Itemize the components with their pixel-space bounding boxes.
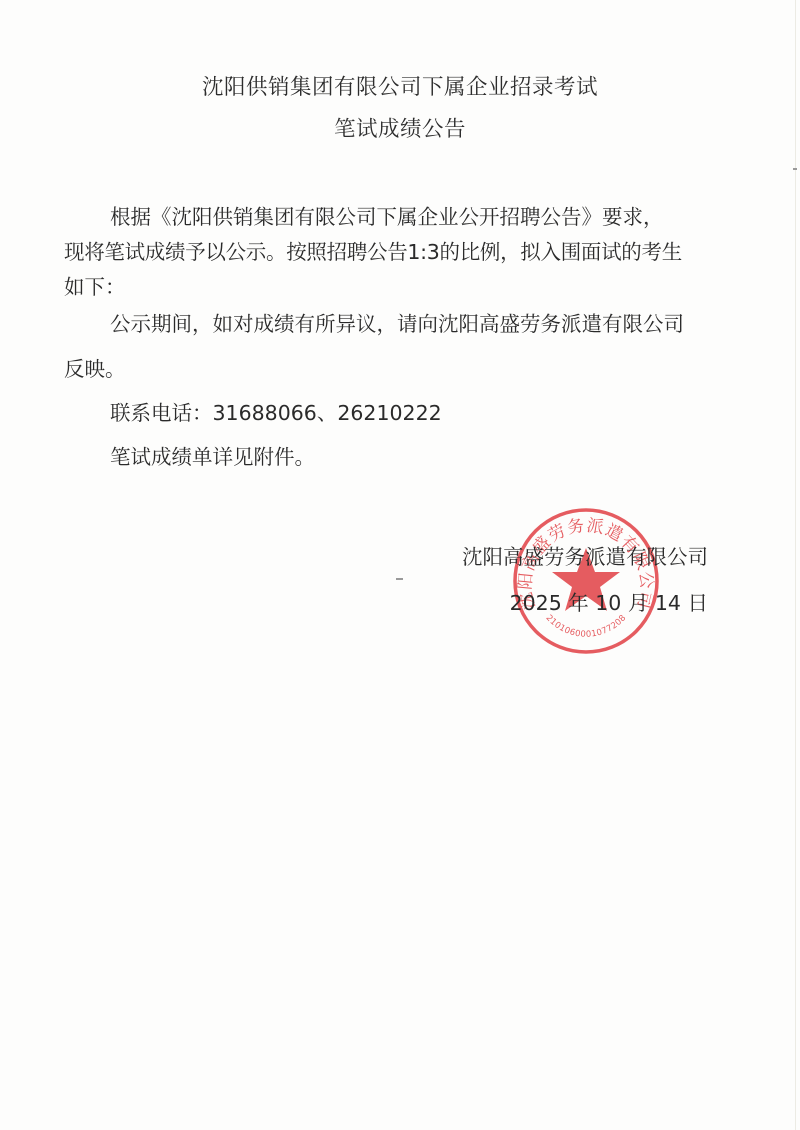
document-subtitle: 笔试成绩公告 [0, 112, 800, 143]
company-seal-icon: 沈阳高盛劳务派遣有限公司 2101060001077208 [511, 506, 661, 656]
paragraph-1-line-3: 如下： [64, 270, 126, 300]
paragraph-2-line-1: 公示期间，如对成绩有所异议，请向沈阳高盛劳务派遣有限公司 [110, 307, 684, 337]
paragraph-1-line-1: 根据《沈阳供销集团有限公司下属企业公开招聘公告》要求， [110, 200, 664, 230]
signature-organization: 沈阳高盛劳务派遣有限公司 [462, 540, 708, 570]
scan-speck [396, 578, 403, 580]
paragraph-2-line-2: 反映。 [64, 352, 126, 382]
contact-phone: 联系电话：31688066、26210222 [110, 396, 442, 426]
document-page: 沈阳供销集团有限公司下属企业招录考试 笔试成绩公告 根据《沈阳供销集团有限公司下… [0, 0, 800, 1130]
document-title: 沈阳供销集团有限公司下属企业招录考试 [0, 70, 800, 101]
signature-date: 2025 年 10 月 14 日 [510, 586, 708, 616]
svg-text:2101060001077208: 2101060001077208 [544, 613, 629, 640]
paragraph-1-line-2: 现将笔试成绩予以公示。按照招聘公告1:3的比例，拟入围面试的考生 [64, 235, 682, 265]
attachment-note: 笔试成绩单详见附件。 [110, 440, 315, 470]
scan-speck [793, 168, 797, 170]
